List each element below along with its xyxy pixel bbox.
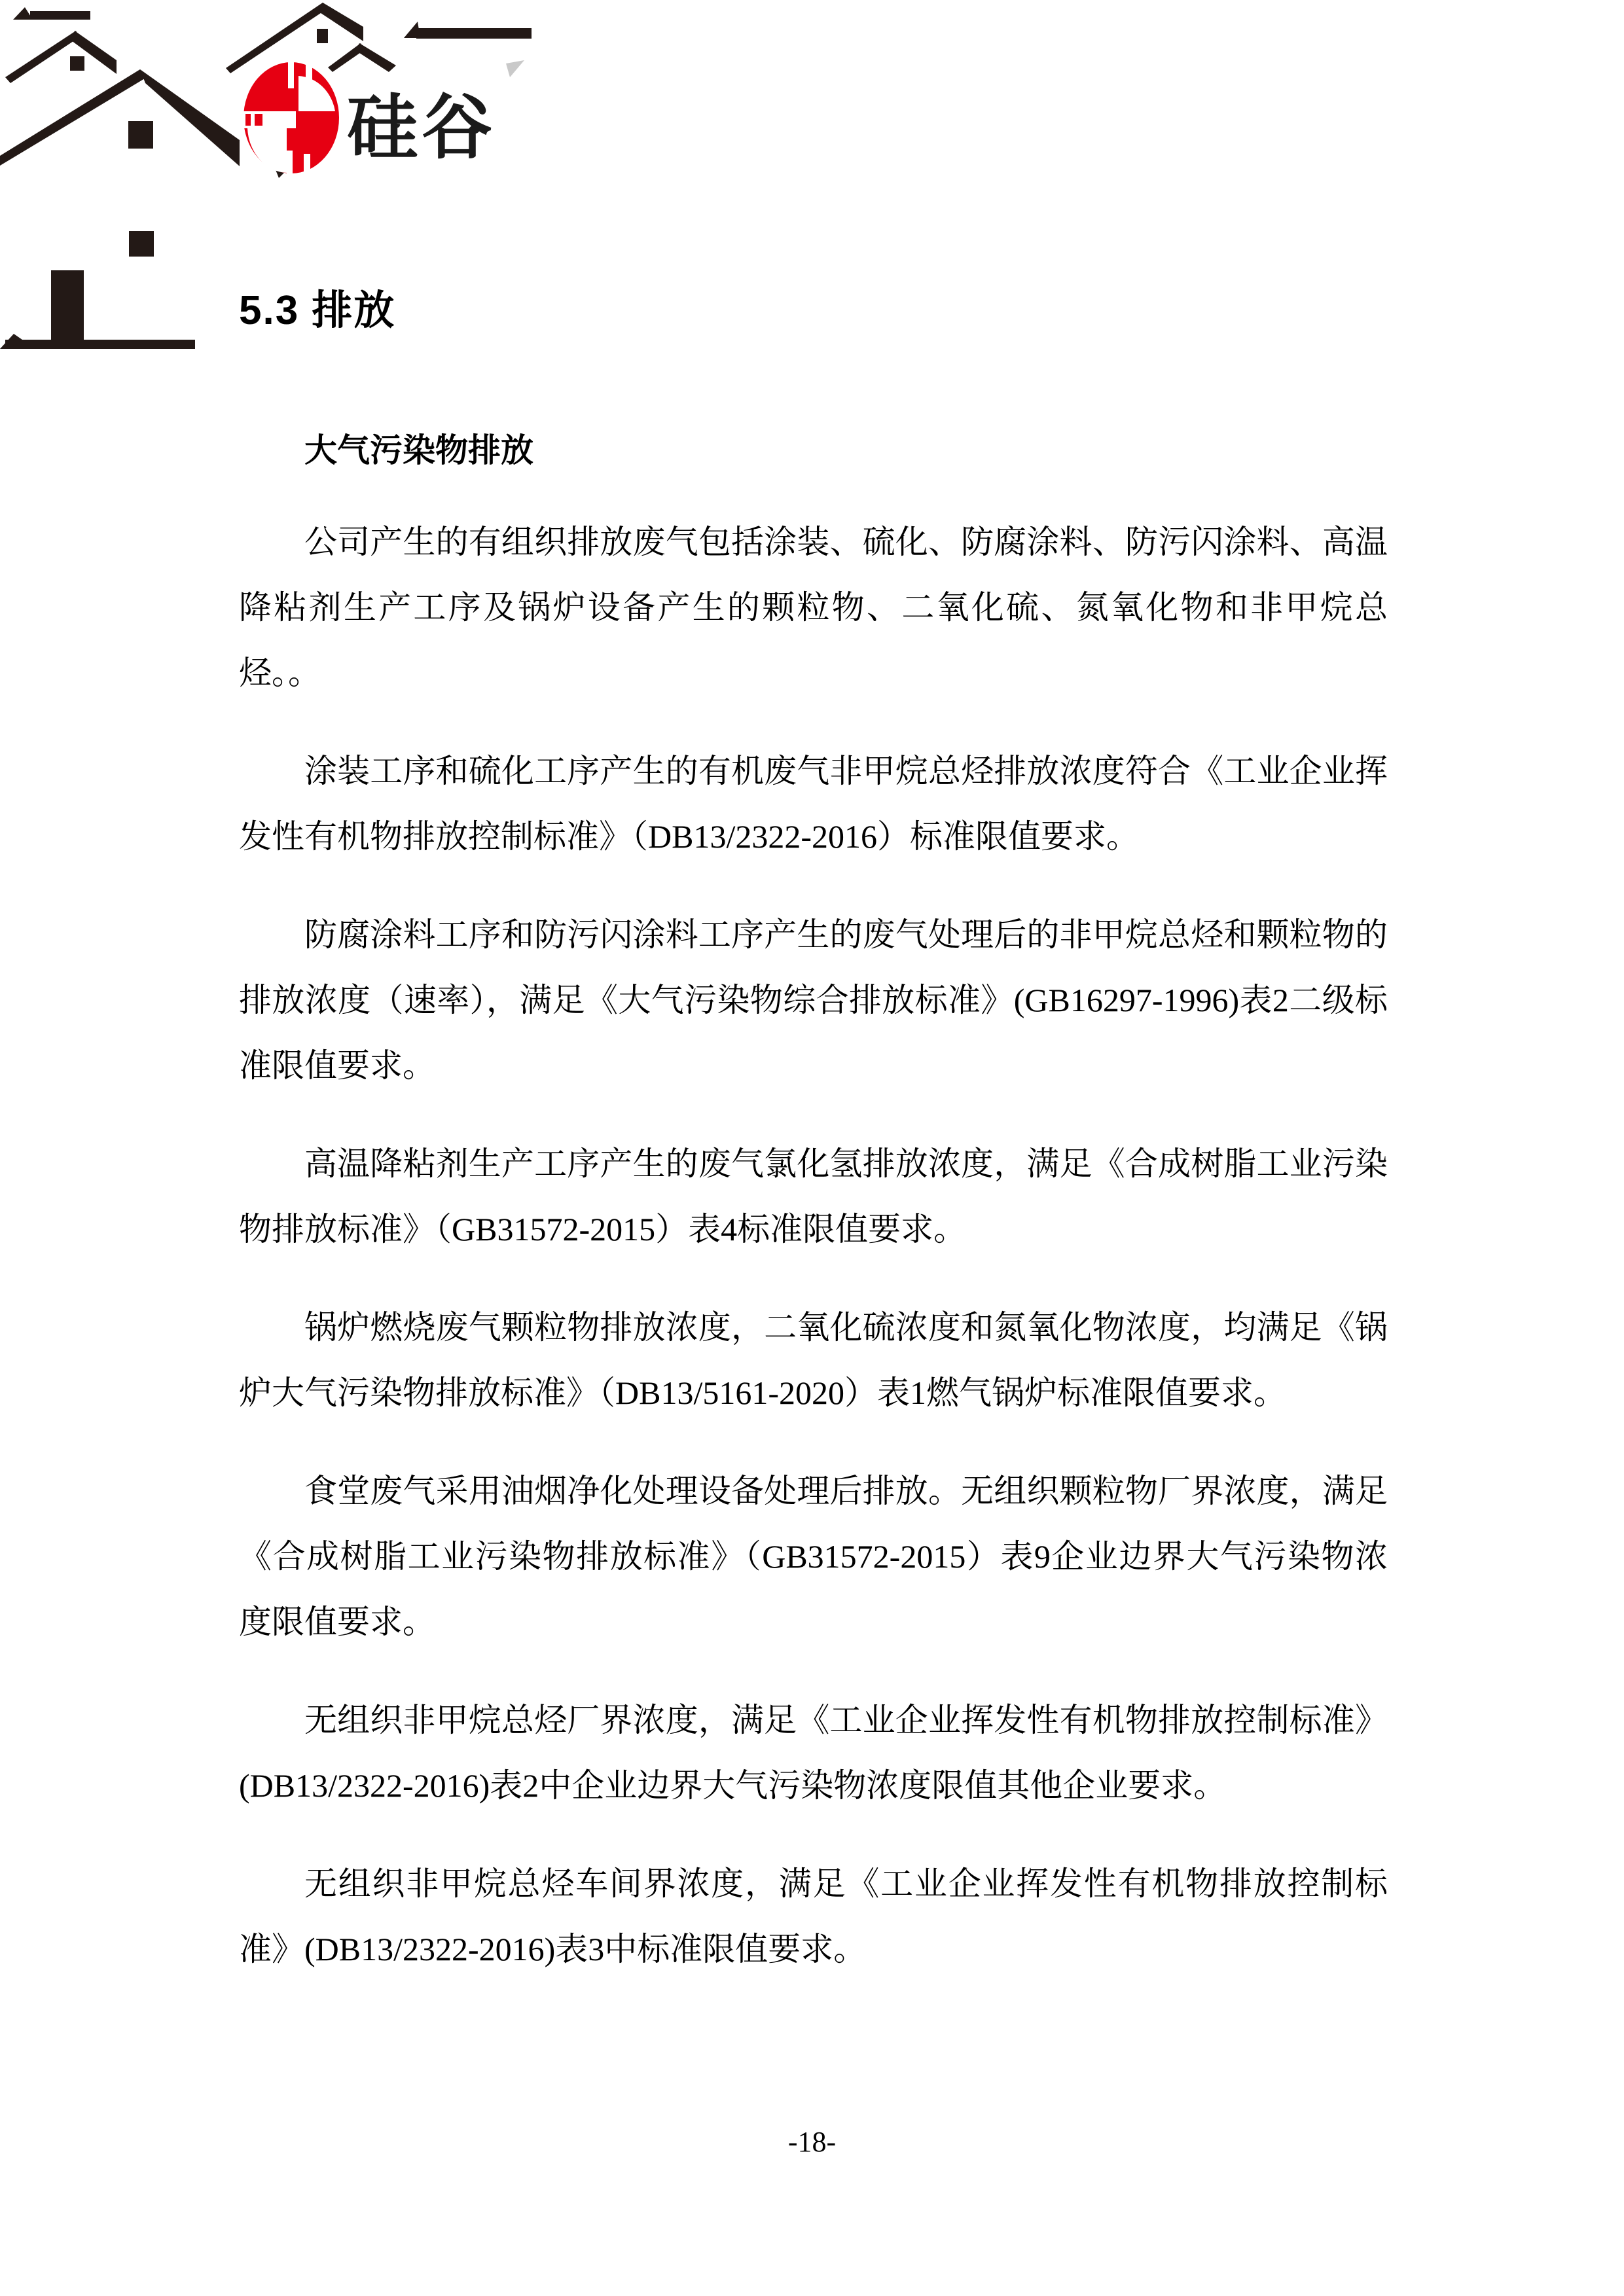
section-subheading: 大气污染物排放 xyxy=(239,418,1388,483)
section-heading: 5.3 排放 xyxy=(239,281,1388,340)
paragraph-coating-vulcanization: 涂装工序和硫化工序产生的有机废气非甲烷总烃排放浓度符合《工业企业挥发性有机物排放… xyxy=(239,738,1388,869)
gray-tick-icon xyxy=(506,60,524,77)
paragraph-anticorrosive-coating: 防腐涂料工序和防污闪涂料工序产生的废气处理后的非甲烷总烃和颗粒物的排放浓度（速率… xyxy=(239,902,1388,1098)
paragraph-boiler-emissions: 锅炉燃烧废气颗粒物排放浓度，二氧化硫浓度和氮氧化物浓度，均满足《锅炉大气污染物排… xyxy=(239,1295,1388,1426)
paragraph-organized-emissions: 公司产生的有组织排放废气包括涂装、硫化、防腐涂料、防污闪涂料、高温降粘剂生产工序… xyxy=(239,509,1388,706)
section-content: 5.3 排放 大气污染物排放 公司产生的有组织排放废气包括涂装、硫化、防腐涂料、… xyxy=(239,281,1388,2015)
paragraph-canteen-emissions: 食堂废气采用油烟净化处理设备处理后排放。无组织颗粒物厂界浓度，满足《合成树脂工业… xyxy=(239,1458,1388,1655)
document-page: 硅谷 5.3 排放 大气污染物排放 公司产生的有组织排放废气包括涂装、硫化、防腐… xyxy=(0,0,1624,2296)
page-number: -18- xyxy=(0,2126,1624,2159)
paragraph-fugitive-boundary: 无组织非甲烷总烃厂界浓度，满足《工业企业挥发性有机物排放控制标准》(DB13/2… xyxy=(239,1687,1388,1818)
paragraph-fugitive-workshop: 无组织非甲烷总烃车间界浓度，满足《工业企业挥发性有机物排放控制标准》(DB13/… xyxy=(239,1851,1388,1982)
emblem-icon xyxy=(244,62,339,173)
logo-brand-text: 硅谷 xyxy=(347,87,496,169)
paragraph-high-temp-adhesive: 高温降粘剂生产工序产生的废气氯化氢排放浓度，满足《合成树脂工业污染物排放标准》（… xyxy=(239,1131,1388,1262)
